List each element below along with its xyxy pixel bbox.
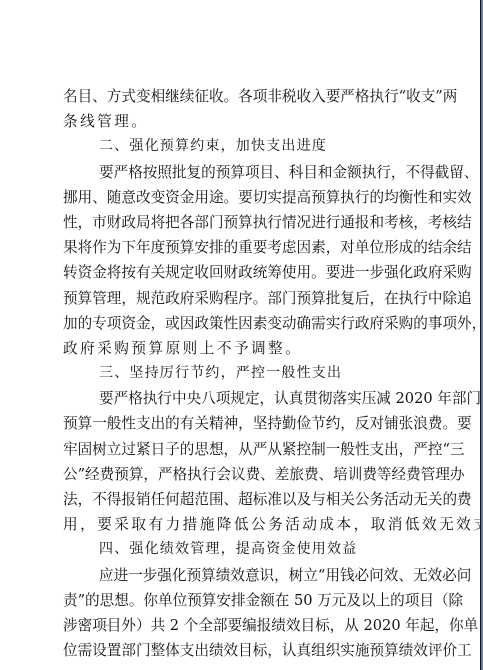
text-line: 预算一般性支出的有关精神，坚持勤俭节约，反对铺张浪费。要 xyxy=(63,411,423,436)
text-line: 公”经费预算，严格执行会议费、差旅费、培训费等经费管理办 xyxy=(63,462,423,487)
text-line: 转资金将按有关规定收回财政统筹使用。要进一步强化政府采购 xyxy=(63,260,423,285)
document-body: 名目、方式变相继续征收。各项非税收入要严格执行“收支”两 条线管理。 二、强化预… xyxy=(63,84,423,663)
paragraph-start: 要严格执行中央八项规定，认真贯彻落实压减 2020 年部门 xyxy=(63,386,423,411)
text-line: 政府采购预算原则上不予调整。 xyxy=(63,336,423,361)
text-line: 责”的思想。你单位预算安排金额在 50 万元及以上的项目（除 xyxy=(63,588,423,613)
text-line: 涉密项目外）共 2 个全部要编报绩效目标，从 2020 年起，你单 xyxy=(63,613,423,638)
text-line: 果将作为下年度预算安排的重要考虑因素，对单位形成的结余结 xyxy=(63,235,423,260)
text-line: 条线管理。 xyxy=(63,109,423,134)
section-heading-2: 二、强化预算约束，加快支出进度 xyxy=(63,134,423,159)
text-line: 预算管理，规范政府采购程序。部门预算批复后，在执行中除追 xyxy=(63,286,423,311)
text-line: 挪用、随意改变资金用途。要切实提高预算执行的均衡性和实效 xyxy=(63,185,423,210)
section-heading-4: 四、强化绩效管理，提高资金使用效益 xyxy=(63,537,423,562)
text-line: 位需设置部门整体支出绩效目标，认真组织实施预算绩效评价工 xyxy=(63,638,423,663)
paragraph-start: 要严格按照批复的预算项目、科目和金额执行，不得截留、 xyxy=(63,160,423,185)
text-line: 用，要采取有力措施降低公务活动成本，取消低效无效支出。 xyxy=(63,512,423,537)
page-number: — 2 — xyxy=(63,618,114,631)
text-line: 法，不得报销任何超范围、超标准以及与相关公务活动无关的费 xyxy=(63,487,423,512)
text-line: 加的专项资金，或因政策性因素变动确需实行政府采购的事项外， xyxy=(63,311,423,336)
document-page: 名目、方式变相继续征收。各项非税收入要严格执行“收支”两 条线管理。 二、强化预… xyxy=(0,0,480,670)
section-heading-3: 三、坚持厉行节约，严控一般性支出 xyxy=(63,361,423,386)
text-line: 性，市财政局将把各部门预算执行情况进行通报和考核，考核结 xyxy=(63,210,423,235)
paragraph-start: 应进一步强化预算绩效意识，树立“用钱必问效、无效必问 xyxy=(63,563,423,588)
text-line: 名目、方式变相继续征收。各项非税收入要严格执行“收支”两 xyxy=(63,84,423,109)
text-line: 牢固树立过紧日子的思想，从严从紧控制一般性支出，严控“三 xyxy=(63,437,423,462)
